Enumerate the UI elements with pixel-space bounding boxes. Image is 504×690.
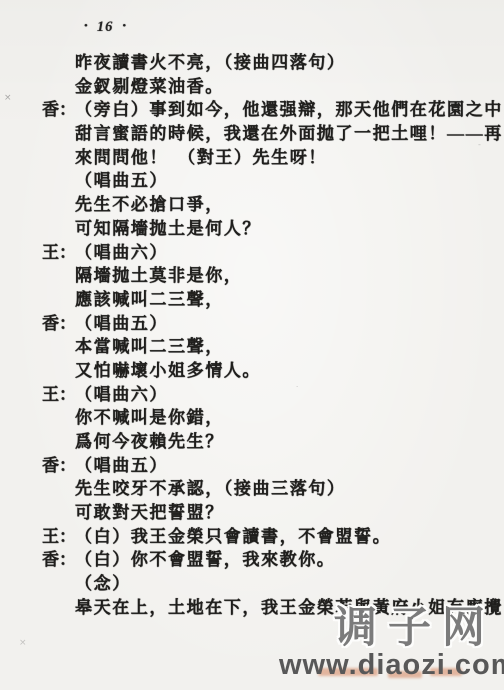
page-header: • 16 • [84,20,126,35]
line-text: 來問問他！ （對王）先生呀！ [75,148,327,167]
script-lines: 昨夜讀書火不亮，（接曲四落句）金釵剔燈菜油香。香：（旁白）事到如今，他還强辯，那… [0,51,504,620]
line-text: 本當喊叫二三聲， [75,337,224,356]
script-line: 爲何今夜賴先生？ [0,430,504,454]
line-text: 昨夜讀書火不亮，（接曲四落句） [75,53,346,72]
script-line: （念） [0,572,504,596]
watermark-site-name: 调子网 [334,607,496,650]
line-text: （唱曲五） [75,314,168,333]
header-left-dot: • [84,21,88,32]
script-line: 可知隔墻抛土是何人？ [0,217,504,241]
line-text: 可敢對天把誓盟？ [75,503,224,522]
line-text: 可知隔墻抛土是何人？ [75,219,261,238]
line-text: （旁白）事到如今，他還强辯，那天他們在花園之中 [75,100,503,119]
scan-speck: - [478,141,481,149]
line-text: （白）你不會盟誓，我來教你。 [75,550,335,569]
script-line: 你不喊叫是你錯， [0,406,504,430]
script-line: 金釵剔燈菜油香。 [0,75,504,99]
speaker-label: 香： [42,454,76,478]
script-line: 香：（旁白）事到如今，他還强辯，那天他們在花園之中 [0,98,504,122]
script-line: 昨夜讀書火不亮，（接曲四落句） [0,51,504,75]
speaker-label: 王： [42,383,76,407]
scan-speck: × [19,639,27,648]
line-text: 先生咬牙不承認，（接曲三落句） [75,479,346,498]
script-line: 隔墻抛土莫非是你， [0,264,504,288]
line-text: 隔墻抛土莫非是你， [75,266,242,285]
line-text: （唱曲六） [75,243,168,262]
speaker-label: 香： [42,548,76,572]
script-line: 先生咬牙不承認，（接曲三落句） [0,477,504,501]
speaker-label: 香： [42,312,76,336]
scan-speck: . [296,382,298,389]
line-text: （唱曲六） [75,385,168,404]
script-line: 香：（唱曲五） [0,454,504,478]
script-line: 來問問他！ （對王）先生呀！ [0,146,504,170]
script-line: 甜言蜜語的時候，我還在外面抛了一把土哩！——再 [0,122,504,146]
speaker-label: 香： [42,98,76,122]
header-right-dot: • [122,21,126,32]
line-text: 甜言蜜語的時候，我還在外面抛了一把土哩！——再 [75,124,503,143]
speaker-label: 王： [42,525,76,549]
script-line: 又怕嚇壞小姐多情人。 [0,359,504,383]
script-line: 王：（白）我王金榮只會讀書，不會盟誓。 [0,525,504,549]
scanned-script-page: • 16 • 昨夜讀書火不亮，（接曲四落句）金釵剔燈菜油香。香：（旁白）事到如今… [0,0,504,690]
script-line: 王：（唱曲六） [0,241,504,265]
line-text: （念） [75,574,131,593]
line-text: 你不喊叫是你錯， [75,408,224,427]
line-text: （白）我王金榮只會讀書，不會盟誓。 [75,527,391,546]
line-text: 先生不必搶口爭， [75,195,224,214]
line-text: 又怕嚇壞小姐多情人。 [75,361,261,380]
script-line: 香：（唱曲五） [0,312,504,336]
line-text: 應該喊叫二三聲， [75,290,224,309]
speaker-label: 王： [42,241,76,265]
line-text: 爲何今夜賴先生？ [75,432,224,451]
line-text: 金釵剔燈菜油香。 [75,77,224,96]
page-number: 16 [97,20,114,35]
script-line: 可敢對天把誓盟？ [0,501,504,525]
script-line: 應該喊叫二三聲， [0,288,504,312]
watermark-site-url: www.diaozi.com [279,651,504,680]
script-line: 本當喊叫二三聲， [0,335,504,359]
script-line: （唱曲五） [0,169,504,193]
script-line: 香：（白）你不會盟誓，我來教你。 [0,548,504,572]
scan-speck: × [4,94,12,103]
script-line: 王：（唱曲六） [0,383,504,407]
line-text: （唱曲五） [75,171,168,190]
line-text: （唱曲五） [75,456,168,475]
script-line: 先生不必搶口爭， [0,193,504,217]
